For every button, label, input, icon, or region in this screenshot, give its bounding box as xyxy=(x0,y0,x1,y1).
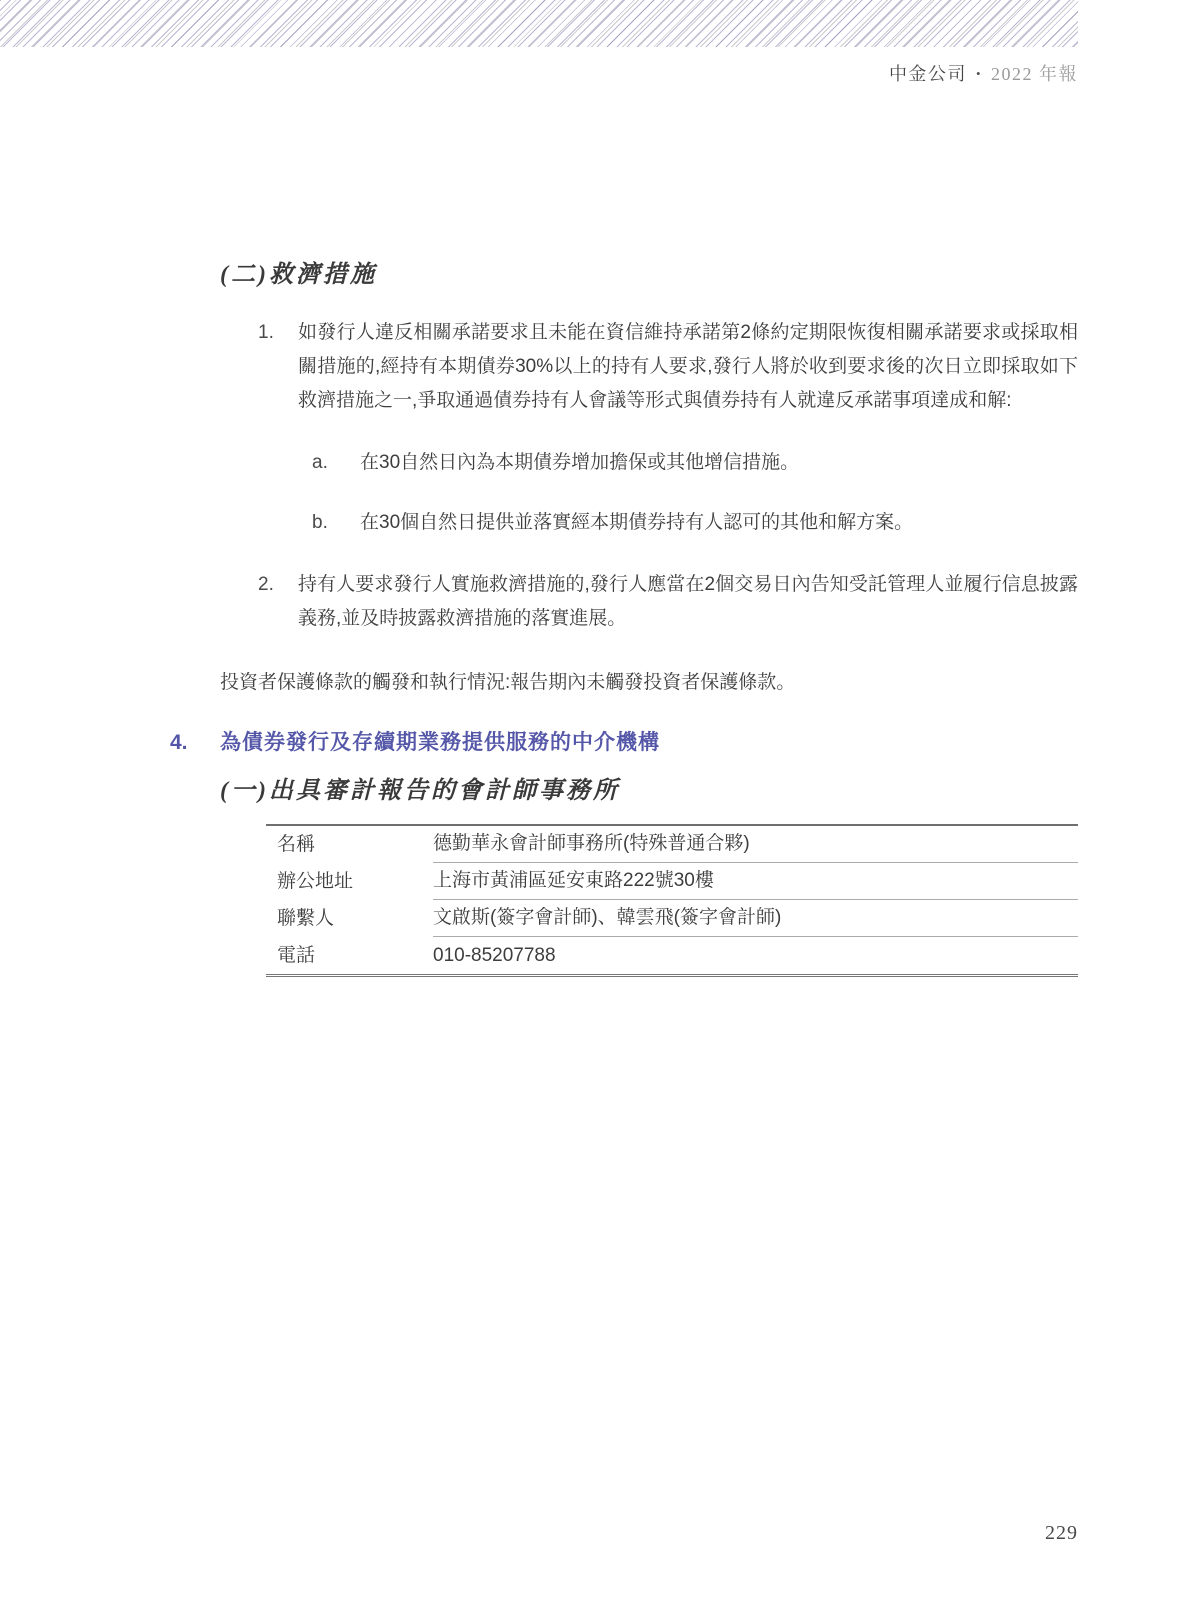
list-number: 2. xyxy=(258,568,298,636)
list-item-2: 2. 持有人要求發行人實施救濟措施的,發行人應當在2個交易日內告知受託管理人並履… xyxy=(170,568,1078,636)
list-subitem-text: 在30自然日內為本期債券增加擔保或其他增信措施。 xyxy=(360,446,1078,480)
running-header: 中金公司•2022 年報 xyxy=(889,60,1078,86)
diagonal-hatch-banner xyxy=(0,0,1078,47)
report-year-label: 2022 年報 xyxy=(991,64,1078,84)
section-title: 為債券發行及存續期業務提供服務的中介機構 xyxy=(220,728,660,758)
list-subitem-b: b. 在30個自然日提供並落實經本期債券持有人認可的其他和解方案。 xyxy=(170,506,1078,540)
list-letter: a. xyxy=(312,446,360,480)
row-label: 名稱 xyxy=(266,826,433,863)
report-page: 中金公司•2022 年報 (二)救濟措施 1. 如發行人違反相關承諾要求且未能在… xyxy=(0,0,1190,1615)
section-number: 4. xyxy=(170,726,220,760)
bullet-separator: • xyxy=(976,66,982,81)
table-row: 名稱 德勤華永會計師事務所(特殊普通合夥) xyxy=(266,826,1078,863)
row-label: 聯繫人 xyxy=(266,900,433,937)
row-value: 德勤華永會計師事務所(特殊普通合夥) xyxy=(433,826,1078,863)
investor-protection-statement: 投資者保護條款的觸發和執行情況:報告期內未觸發投資者保護條款。 xyxy=(220,666,1078,700)
list-item-1: 1. 如發行人違反相關承諾要求且未能在資信維持承諾第2條約定期限恢復相關承諾要求… xyxy=(170,316,1078,418)
list-letter: b. xyxy=(312,506,360,540)
row-label: 辦公地址 xyxy=(266,863,433,900)
table-row: 電話 010-85207788 xyxy=(266,937,1078,974)
main-content: (二)救濟措施 1. 如發行人違反相關承諾要求且未能在資信維持承諾第2條約定期限… xyxy=(170,258,1078,977)
page-number: 229 xyxy=(1045,1522,1078,1545)
company-name: 中金公司 xyxy=(889,64,967,84)
auditor-info-table: 名稱 德勤華永會計師事務所(特殊普通合夥) 辦公地址 上海市黃浦區延安東路222… xyxy=(266,824,1078,977)
row-value: 上海市黃浦區延安東路222號30樓 xyxy=(433,863,1078,900)
list-subitem-a: a. 在30自然日內為本期債券增加擔保或其他增信措施。 xyxy=(170,446,1078,480)
list-item-text: 持有人要求發行人實施救濟措施的,發行人應當在2個交易日內告知受託管理人並履行信息… xyxy=(298,568,1078,636)
list-number: 1. xyxy=(258,316,298,418)
list-item-text: 如發行人違反相關承諾要求且未能在資信維持承諾第2條約定期限恢復相關承諾要求或採取… xyxy=(298,316,1078,418)
row-value: 010-85207788 xyxy=(433,937,1078,974)
section-4-heading: 4. 為債券發行及存續期業務提供服務的中介機構 xyxy=(170,726,1078,760)
table-row: 聯繫人 文啟斯(簽字會計師)、韓雲飛(簽字會計師) xyxy=(266,900,1078,937)
row-label: 電話 xyxy=(266,937,433,974)
list-subitem-text: 在30個自然日提供並落實經本期債券持有人認可的其他和解方案。 xyxy=(360,506,1078,540)
section-heading-remedies: (二)救濟措施 xyxy=(220,258,1078,292)
subsection-heading-auditor: (一)出具審計報告的會計師事務所 xyxy=(220,774,1078,808)
row-value: 文啟斯(簽字會計師)、韓雲飛(簽字會計師) xyxy=(433,900,1078,937)
table-row: 辦公地址 上海市黃浦區延安東路222號30樓 xyxy=(266,863,1078,900)
